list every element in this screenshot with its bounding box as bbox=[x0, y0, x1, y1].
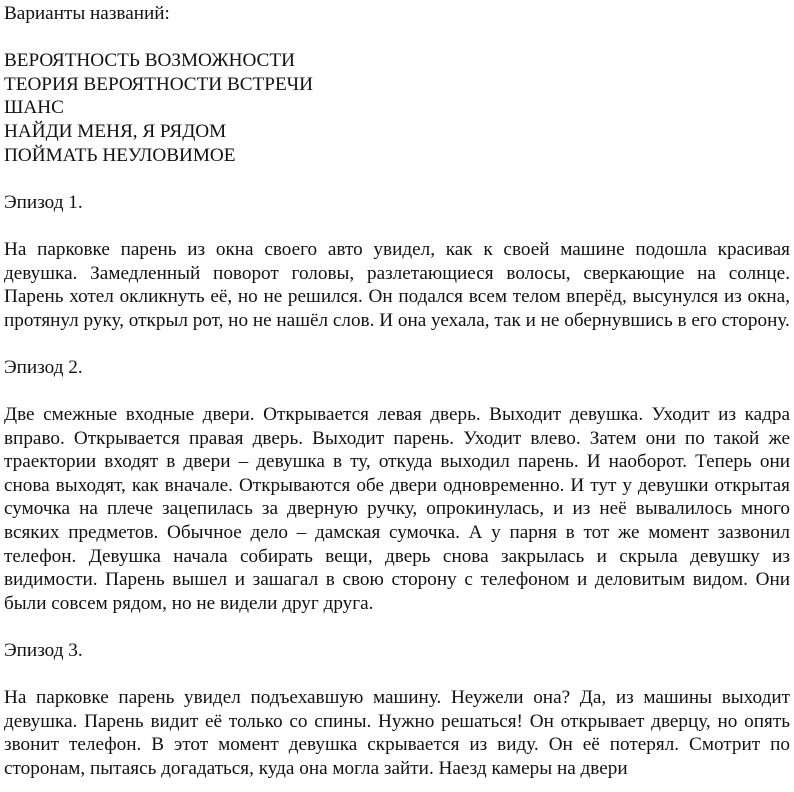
episode-title: Эпизод 3. bbox=[4, 639, 790, 663]
episode-2: Эпизод 2. Две смежные входные двери. Отк… bbox=[4, 356, 790, 616]
title-variant: ШАНС bbox=[4, 96, 790, 120]
blank-line bbox=[4, 380, 790, 404]
episode-3: Эпизод 3. На парковке парень увидел подъ… bbox=[4, 639, 790, 781]
title-variant: НАЙДИ МЕНЯ, Я РЯДОМ bbox=[4, 120, 790, 144]
title-variant: ТЕОРИЯ ВЕРОЯТНОСТИ ВСТРЕЧИ bbox=[4, 73, 790, 97]
title-variant: ВЕРОЯТНОСТЬ ВОЗМОЖНОСТИ bbox=[4, 49, 790, 73]
title-variant: ПОЙМАТЬ НЕУЛОВИМОЕ bbox=[4, 144, 790, 168]
blank-line bbox=[4, 167, 790, 191]
episode-text: Две смежные входные двери. Открывается л… bbox=[4, 403, 790, 615]
blank-line bbox=[4, 332, 790, 356]
blank-line bbox=[4, 663, 790, 687]
blank-line bbox=[4, 615, 790, 639]
episode-text: На парковке парень из окна своего авто у… bbox=[4, 238, 790, 332]
document-page: Варианты названий: ВЕРОЯТНОСТЬ ВОЗМОЖНОС… bbox=[0, 0, 794, 781]
episode-title: Эпизод 2. bbox=[4, 356, 790, 380]
blank-line bbox=[4, 26, 790, 50]
episode-text: На парковке парень увидел подъехавшую ма… bbox=[4, 686, 790, 780]
title-variants-list: ВЕРОЯТНОСТЬ ВОЗМОЖНОСТИ ТЕОРИЯ ВЕРОЯТНОС… bbox=[4, 49, 790, 167]
titles-heading: Варианты названий: bbox=[4, 2, 790, 26]
episode-1: Эпизод 1. На парковке парень из окна сво… bbox=[4, 191, 790, 333]
blank-line bbox=[4, 214, 790, 238]
episode-title: Эпизод 1. bbox=[4, 191, 790, 215]
